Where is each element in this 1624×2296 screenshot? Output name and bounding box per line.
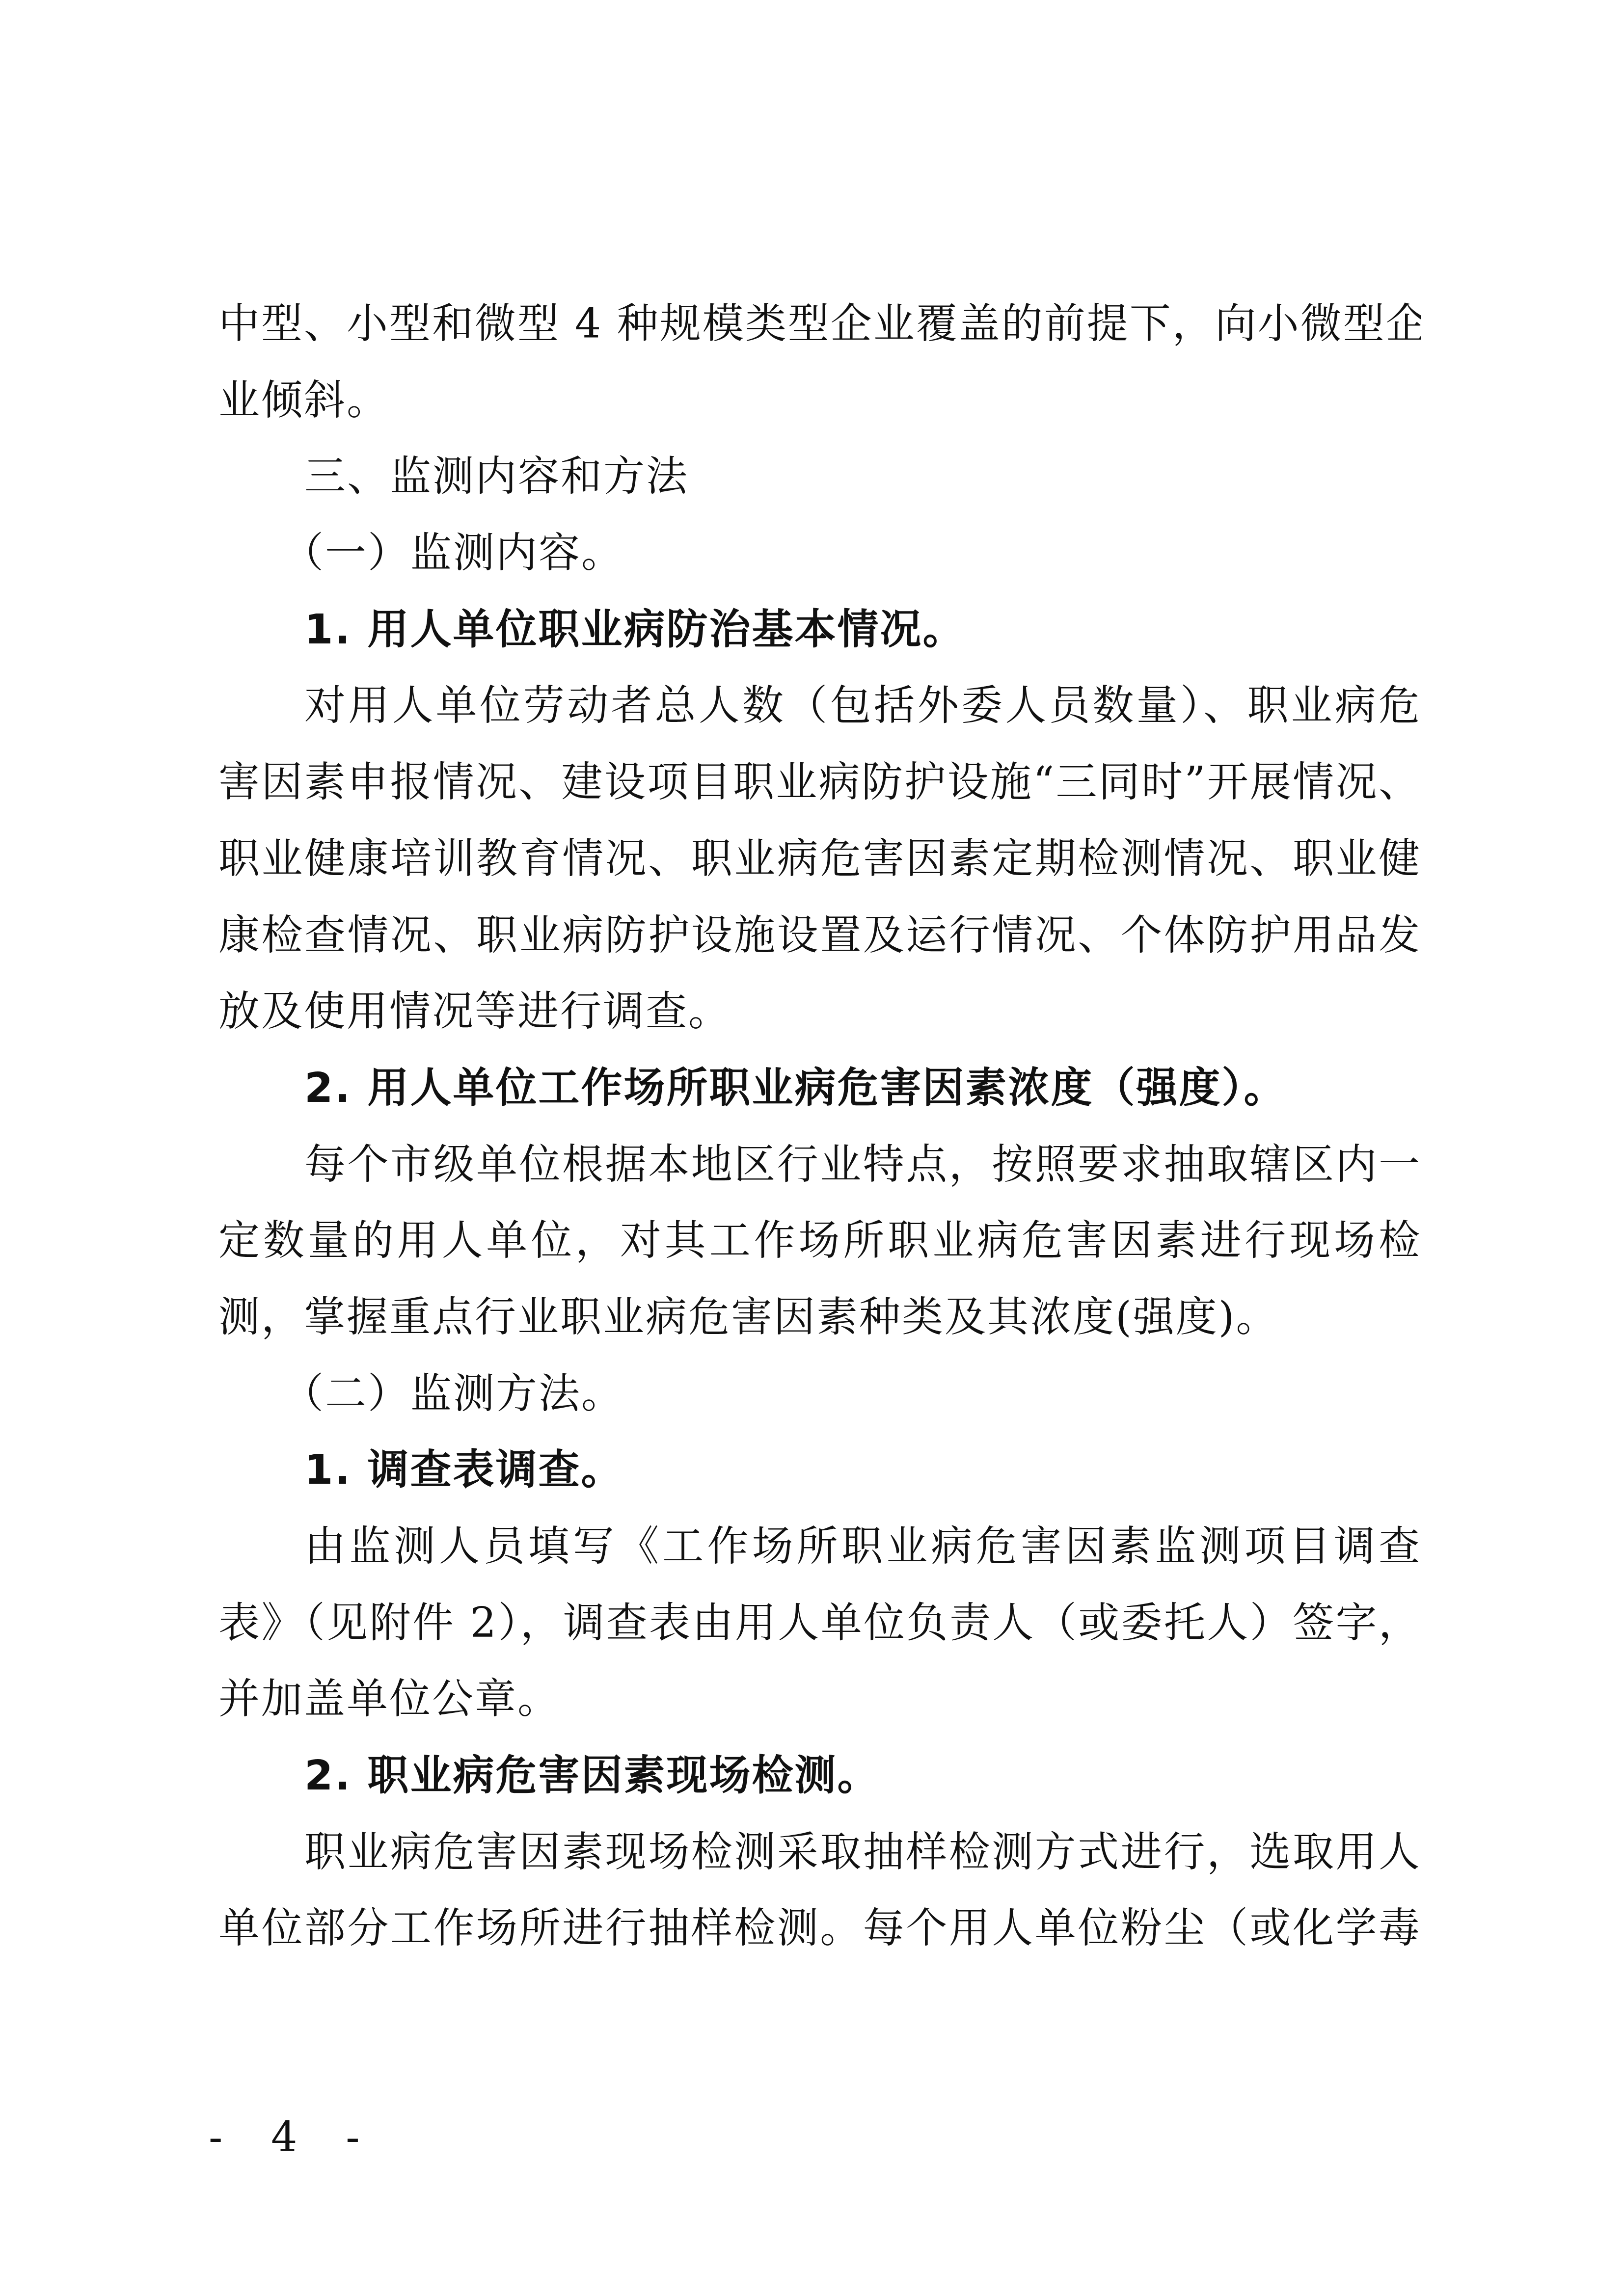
text-line: 并加盖单位公章。 <box>218 1661 1421 1737</box>
text-line: 表》（见附件 2），调查表由用人单位负责人（或委托人）签字， <box>218 1585 1421 1661</box>
paragraph-onsite-testing: 职业病危害因素现场检测采取抽样检测方式进行，选取用人 单位部分工作场所进行抽样检… <box>218 1814 1421 1967</box>
subsection-heading-content: （一）监测内容。 <box>218 515 1421 591</box>
text-line: 测，掌握重点行业职业病危害因素种类及其浓度(强度)。 <box>218 1279 1421 1356</box>
paragraph-basic-situation: 对用人单位劳动者总人数（包括外委人员数量）、职业病危 害因素申报情况、建设项目职… <box>218 667 1421 1049</box>
heading-text: 2. 用人单位工作场所职业病危害因素浓度（强度）。 <box>218 1050 1421 1126</box>
text-line: 害因素申报情况、建设项目职业病防护设施“三同时”开展情况、 <box>218 744 1421 821</box>
paragraph-hazard-concentration: 每个市级单位根据本地区行业特点，按照要求抽取辖区内一 定数量的用人单位，对其工作… <box>218 1126 1421 1356</box>
text-line: 每个市级单位根据本地区行业特点，按照要求抽取辖区内一 <box>218 1126 1421 1203</box>
item-heading-questionnaire: 1. 调查表调查。 <box>218 1432 1421 1508</box>
text-line: 业倾斜。 <box>218 362 1421 439</box>
text-line: 职业健康培训教育情况、职业病危害因素定期检测情况、职业健 <box>218 821 1421 897</box>
document-page: 中型、小型和微型 4 种规模类型企业覆盖的前提下，向小微型企 业倾斜。 三、监测… <box>0 0 1624 2296</box>
heading-text: 2. 职业病危害因素现场检测。 <box>218 1737 1421 1814</box>
item-heading-onsite-testing: 2. 职业病危害因素现场检测。 <box>218 1737 1421 1814</box>
subsection-heading-methods: （二）监测方法。 <box>218 1356 1421 1432</box>
heading-text: 1. 调查表调查。 <box>218 1432 1421 1508</box>
text-line: 职业病危害因素现场检测采取抽样检测方式进行，选取用人 <box>218 1814 1421 1891</box>
document-body: 中型、小型和微型 4 种规模类型企业覆盖的前提下，向小微型企 业倾斜。 三、监测… <box>218 286 1421 1967</box>
page-number: - 4 - <box>209 2113 378 2161</box>
heading-text: 三、监测内容和方法 <box>218 438 1421 515</box>
item-heading-basic-situation: 1. 用人单位职业病防治基本情况。 <box>218 591 1421 668</box>
heading-text: （一）监测内容。 <box>218 515 1421 591</box>
text-line: 康检查情况、职业病防护设施设置及运行情况、个体防护用品发 <box>218 897 1421 974</box>
text-line: 定数量的用人单位，对其工作场所职业病危害因素进行现场检 <box>218 1202 1421 1279</box>
text-line: 单位部分工作场所进行抽样检测。每个用人单位粉尘（或化学毒 <box>218 1890 1421 1967</box>
text-line: 由监测人员填写《工作场所职业病危害因素监测项目调查 <box>218 1508 1421 1585</box>
item-heading-hazard-concentration: 2. 用人单位工作场所职业病危害因素浓度（强度）。 <box>218 1050 1421 1126</box>
text-line: 对用人单位劳动者总人数（包括外委人员数量）、职业病危 <box>218 667 1421 744</box>
section-heading-3: 三、监测内容和方法 <box>218 438 1421 515</box>
heading-text: （二）监测方法。 <box>218 1356 1421 1432</box>
paragraph-continuation: 中型、小型和微型 4 种规模类型企业覆盖的前提下，向小微型企 业倾斜。 <box>218 286 1421 438</box>
heading-text: 1. 用人单位职业病防治基本情况。 <box>218 591 1421 668</box>
text-line: 放及使用情况等进行调查。 <box>218 973 1421 1050</box>
text-line: 中型、小型和微型 4 种规模类型企业覆盖的前提下，向小微型企 <box>218 286 1421 362</box>
paragraph-questionnaire: 由监测人员填写《工作场所职业病危害因素监测项目调查 表》（见附件 2），调查表由… <box>218 1508 1421 1737</box>
